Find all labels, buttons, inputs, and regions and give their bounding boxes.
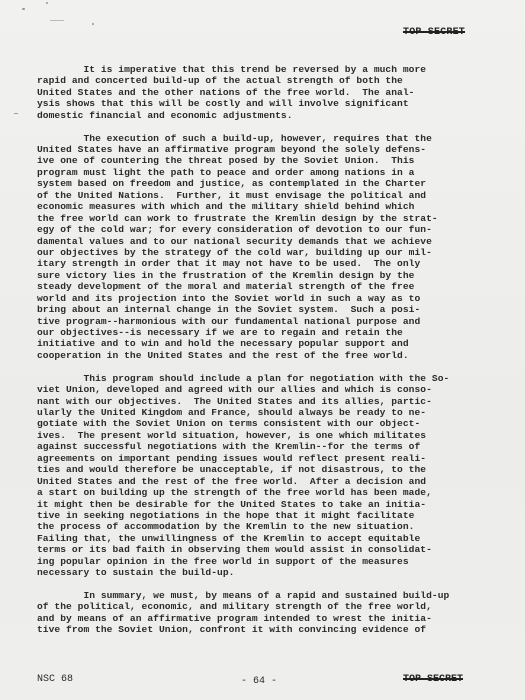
text-line: tive program--harmonious with our fundam… (37, 316, 507, 327)
paragraph-3: This program should include a plan for n… (37, 373, 507, 579)
text-line: initiative and to win and hold the neces… (37, 338, 507, 349)
text-line: United States and the rest of the free w… (37, 476, 507, 487)
text-line: the process of accommodation by the Krem… (37, 521, 507, 532)
text-line: rapid and concerted build-up of the actu… (37, 75, 507, 86)
document-page: TOP SECRET It is imperative that this tr… (0, 0, 525, 700)
text-line: In summary, we must, by means of a rapid… (37, 590, 507, 601)
text-line: and by means of an affirmative program i… (37, 613, 507, 624)
scan-speck (50, 20, 64, 21)
text-line: a start on building up the strength of t… (37, 487, 507, 498)
text-line: gotiate with the Soviet Union on terms c… (37, 418, 507, 429)
text-line: of the political, economic, and military… (37, 601, 507, 612)
paragraph-1: It is imperative that this trend be reve… (37, 64, 507, 121)
text-line: our objectives by the strategy of the co… (37, 247, 507, 258)
classification-header: TOP SECRET (403, 27, 465, 38)
text-line: damental values and to our national secu… (37, 236, 507, 247)
text-line: world and its projection into the Soviet… (37, 293, 507, 304)
scan-speck (22, 8, 25, 10)
page-number: - 64 - (241, 676, 277, 687)
scan-speck (14, 113, 18, 114)
paragraph-2: The execution of such a build-up, howeve… (37, 133, 507, 362)
text-line: ing popular opinion in the free world in… (37, 556, 507, 567)
text-line: sure victory lies in the frustration of … (37, 270, 507, 281)
text-line: egy of the cold war; for every considera… (37, 224, 507, 235)
text-line: system based on freedom and justice, as … (37, 178, 507, 189)
text-line: agreements on important pending issues w… (37, 453, 507, 464)
text-line: ives. The present world situation, howev… (37, 430, 507, 441)
text-line: United States and the other nations of t… (37, 87, 507, 98)
text-line: steady development of the moral and mate… (37, 281, 507, 292)
text-line: United States have an affirmative progra… (37, 144, 507, 155)
text-line: cooperation in the United States and the… (37, 350, 507, 361)
text-line: against successful negotiations with the… (37, 441, 507, 452)
text-line: bring about an internal change in the So… (37, 304, 507, 315)
text-line: nant with our objectives. The United Sta… (37, 396, 507, 407)
paragraph-4: In summary, we must, by means of a rapid… (37, 590, 507, 636)
document-body: It is imperative that this trend be reve… (37, 64, 507, 647)
text-line: the free world can work to frustrate the… (37, 213, 507, 224)
text-line: ularly the United Kingdom and France, sh… (37, 407, 507, 418)
text-line: itary strength in order that it may not … (37, 258, 507, 269)
text-line: of the United Nations. Further, it must … (37, 190, 507, 201)
text-line: program must light the path to peace and… (37, 167, 507, 178)
text-line: it might then be desirable for the Unite… (37, 499, 507, 510)
text-line: ties and would therefore be unacceptable… (37, 464, 507, 475)
text-line: The execution of such a build-up, howeve… (37, 133, 507, 144)
text-line: This program should include a plan for n… (37, 373, 507, 384)
text-line: economic measures with which and the mil… (37, 201, 507, 212)
text-line: tive from the Soviet Union, confront it … (37, 624, 507, 635)
text-line: domestic financial and economic adjustme… (37, 110, 507, 121)
text-line: necessary to sustain the build-up. (37, 567, 507, 578)
text-line: viet Union, developed and agreed with ou… (37, 384, 507, 395)
text-line: terms or its bad faith in observing them… (37, 544, 507, 555)
scan-speck (46, 2, 48, 4)
text-line: It is imperative that this trend be reve… (37, 64, 507, 75)
classification-footer: TOP SECRET (403, 674, 463, 685)
scan-speck (92, 23, 94, 25)
text-line: Failing that, the unwillingness of the K… (37, 533, 507, 544)
text-line: ive one of countering the threat posed b… (37, 155, 507, 166)
text-line: tive in seeking negotiations in the hope… (37, 510, 507, 521)
document-id: NSC 68 (37, 674, 73, 685)
text-line: our objectives--is necessary if we are t… (37, 327, 507, 338)
text-line: ysis shows that this will be costly and … (37, 98, 507, 109)
